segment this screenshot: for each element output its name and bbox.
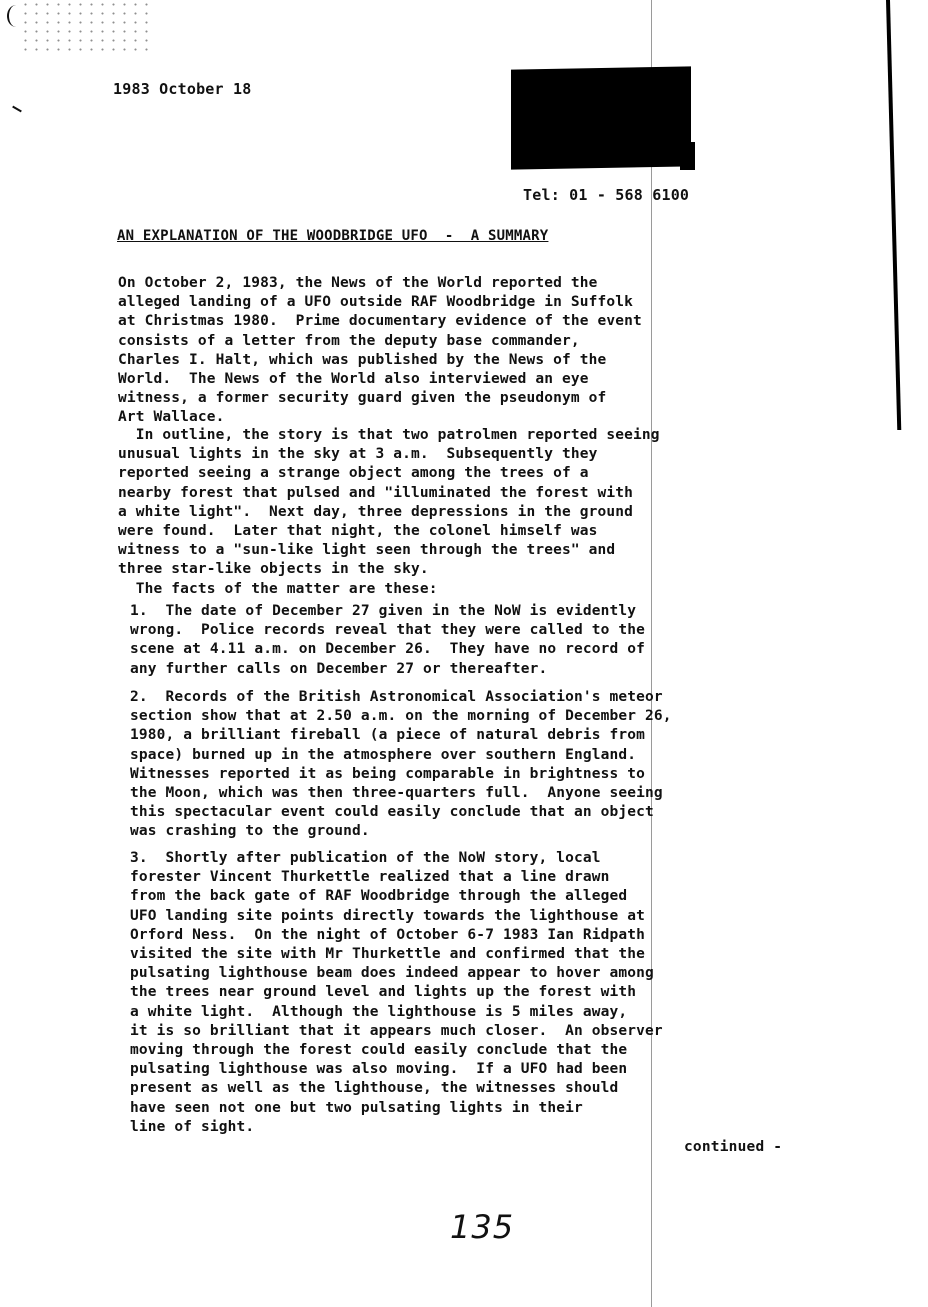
document-title: AN EXPLANATION OF THE WOODBRIDGE UFO - A… — [117, 227, 548, 246]
scan-edge-line — [886, 0, 901, 430]
paragraph-outline: In outline, the story is that two patrol… — [118, 426, 660, 599]
page-number: 135 — [450, 1208, 514, 1246]
document-page: 1983 October 18 Tel: 01 - 568 6100 AN EX… — [0, 0, 928, 1307]
paragraph-intro: On October 2, 1983, the News of the Worl… — [118, 274, 642, 428]
continued-label: continued - — [684, 1138, 782, 1157]
document-date: 1983 October 18 — [113, 80, 251, 99]
scan-mark — [7, 5, 25, 27]
redaction-block — [680, 142, 695, 170]
redaction-block — [511, 66, 691, 169]
scan-noise — [20, 0, 150, 55]
paragraph-fact-3: 3. Shortly after publication of the NoW … — [130, 849, 663, 1137]
telephone-number: Tel: 01 - 568 6100 — [523, 186, 689, 205]
paragraph-fact-2: 2. Records of the British Astronomical A… — [130, 688, 672, 842]
scan-mark — [12, 106, 22, 113]
paragraph-fact-1: 1. The date of December 27 given in the … — [130, 602, 645, 679]
